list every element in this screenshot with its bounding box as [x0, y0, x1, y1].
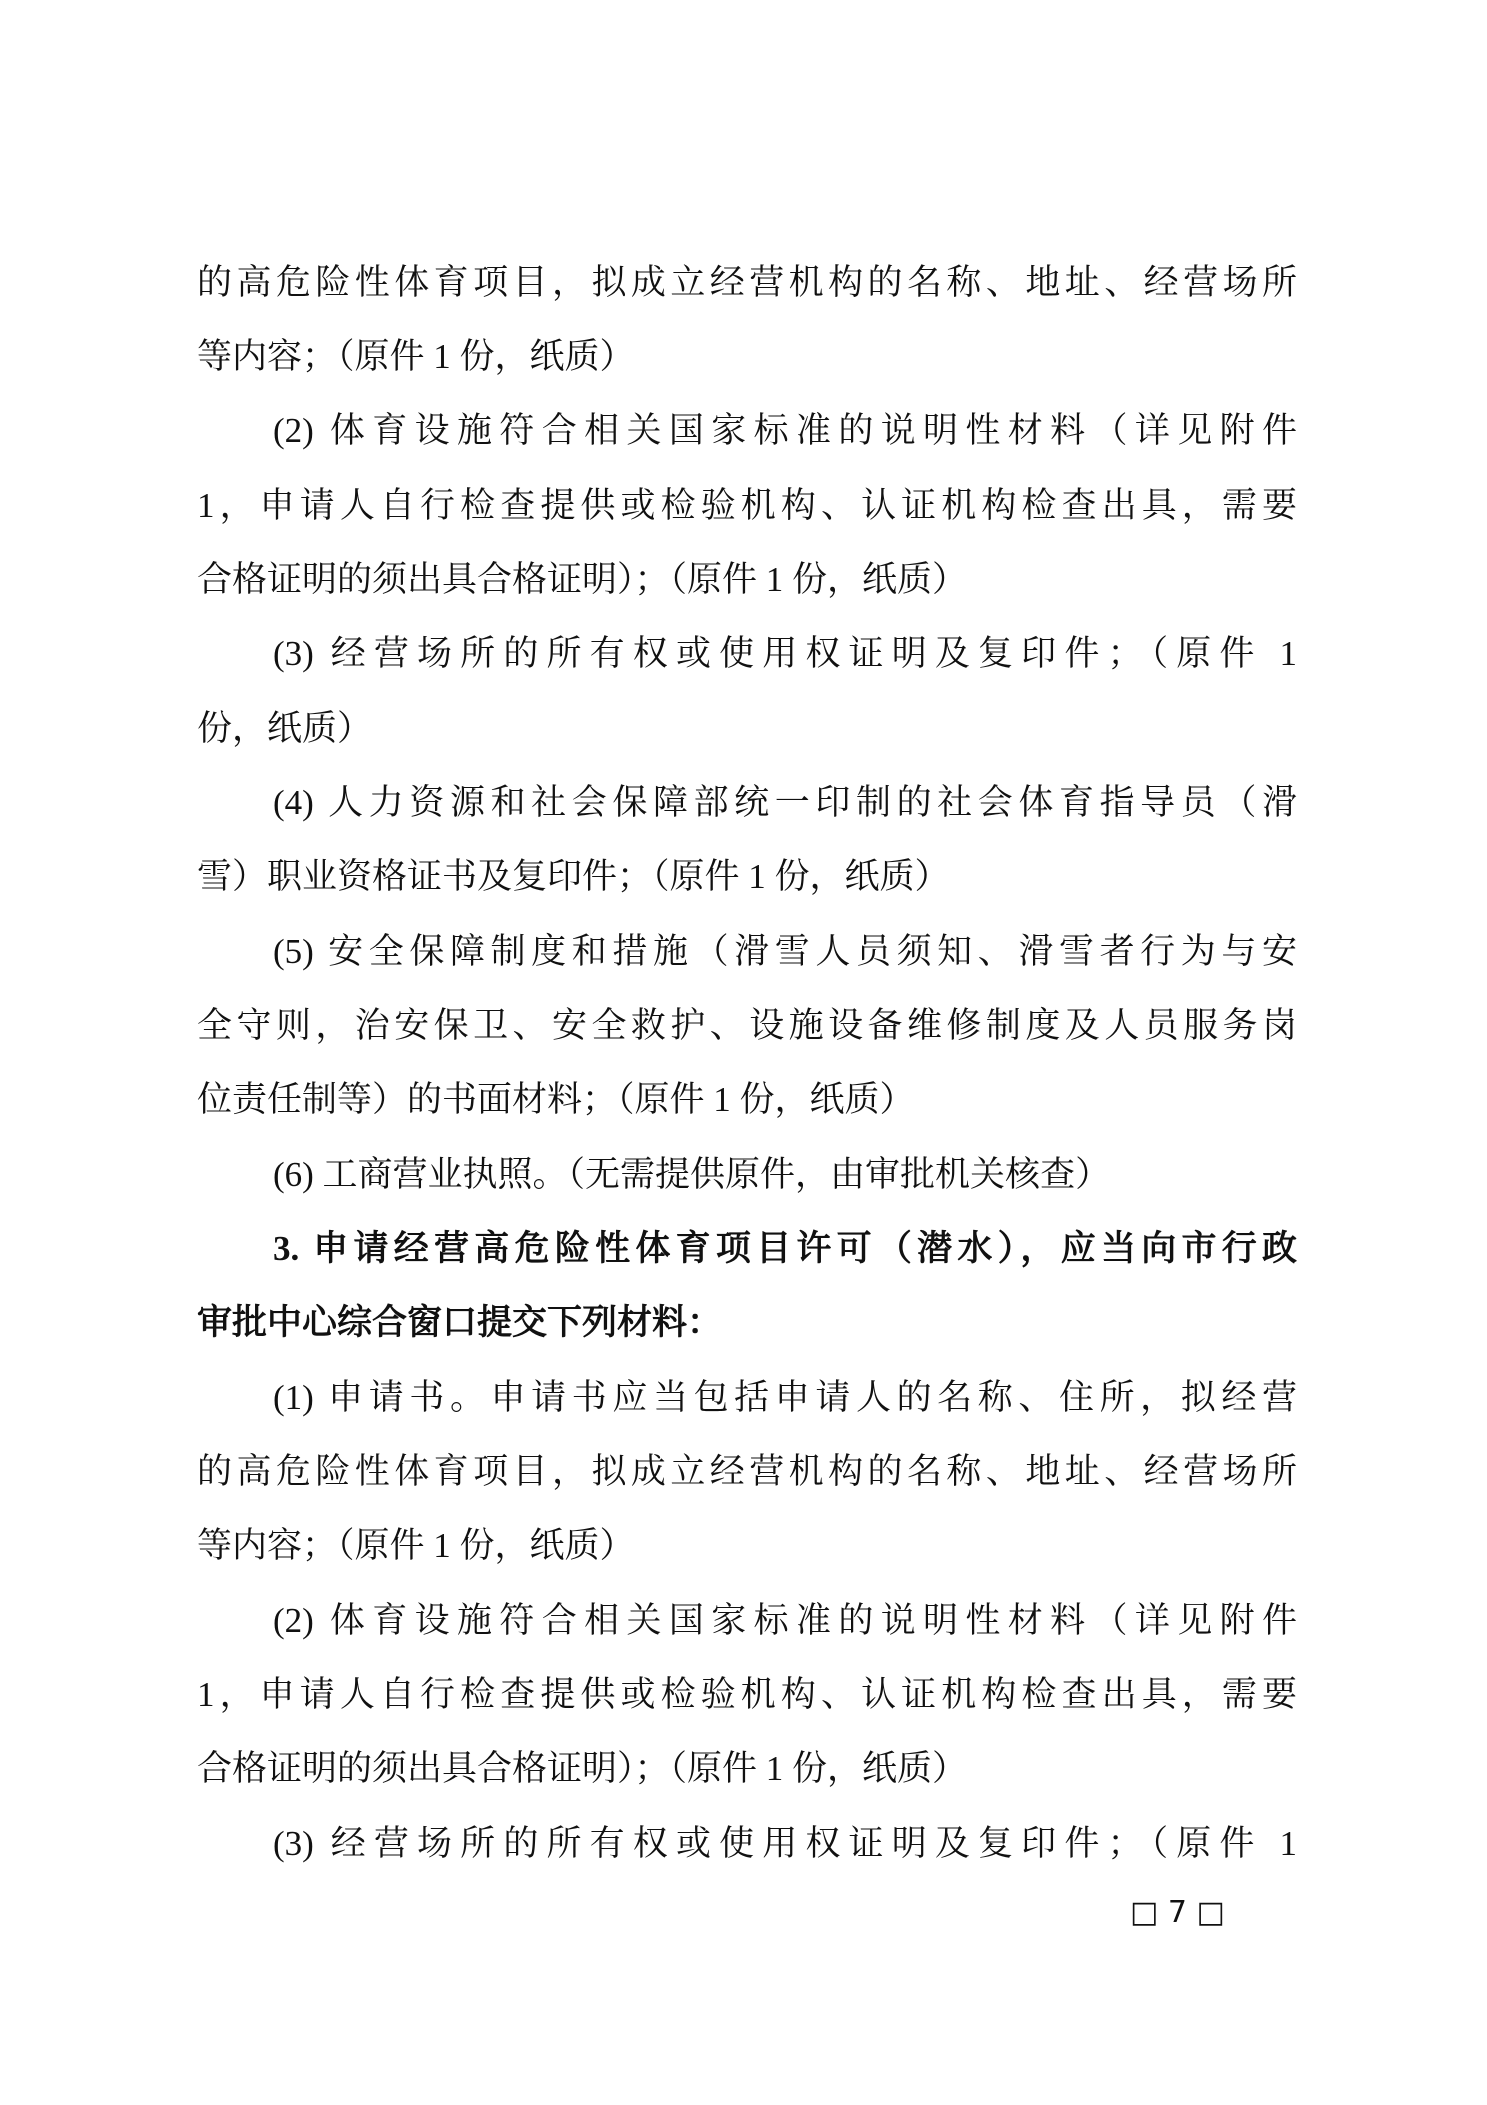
text-line: 等内容；（原件 1 份，纸质）	[197, 329, 1297, 385]
text-line: (5) 安全保障制度和措施（滑雪人员须知、滑雪者行为与安	[273, 924, 1297, 980]
text-line: 的高危险性体育项目，拟成立经营机构的名称、地址、经营场所	[197, 255, 1297, 311]
text-line: 1，申请人自行检查提供或检验机构、认证机构检查出具，需要	[197, 478, 1297, 534]
section-heading: 审批中心综合窗口提交下列材料：	[197, 1295, 1297, 1351]
text-line: 等内容；（原件 1 份，纸质）	[197, 1518, 1297, 1574]
text-line: (3) 经营场所的所有权或使用权证明及复印件；（原件 1	[273, 626, 1297, 682]
text-line: (1) 申请书。申请书应当包括申请人的名称、住所，拟经营	[273, 1370, 1297, 1426]
text-line: (3) 经营场所的所有权或使用权证明及复印件；（原件 1	[273, 1816, 1297, 1872]
text-line: 合格证明的须出具合格证明）；（原件 1 份，纸质）	[197, 1741, 1297, 1797]
section-heading: 3. 申请经营高危险性体育项目许可（潜水），应当向市行政	[273, 1221, 1297, 1277]
text-line: 份，纸质）	[197, 701, 1297, 757]
document-page: 的高危险性体育项目，拟成立经营机构的名称、地址、经营场所 等内容；（原件 1 份…	[0, 0, 1487, 2105]
text-line: 雪）职业资格证书及复印件；（原件 1 份，纸质）	[197, 849, 1297, 905]
text-line: (4) 人力资源和社会保障部统一印制的社会体育指导员（滑	[273, 775, 1297, 831]
text-line: (6) 工商营业执照。（无需提供原件，由审批机关核查）	[273, 1147, 1297, 1203]
page-number: □ 7 □	[1130, 1893, 1225, 1933]
text-line: 全守则，治安保卫、安全救护、设施设备维修制度及人员服务岗	[197, 998, 1297, 1054]
text-line: 的高危险性体育项目，拟成立经营机构的名称、地址、经营场所	[197, 1444, 1297, 1500]
text-line: (2) 体育设施符合相关国家标准的说明性材料（详见附件	[273, 403, 1297, 459]
text-line: 1，申请人自行检查提供或检验机构、认证机构检查出具，需要	[197, 1667, 1297, 1723]
text-line: (2) 体育设施符合相关国家标准的说明性材料（详见附件	[273, 1593, 1297, 1649]
text-line: 合格证明的须出具合格证明）；（原件 1 份，纸质）	[197, 552, 1297, 608]
text-line: 位责任制等）的书面材料；（原件 1 份，纸质）	[197, 1072, 1297, 1128]
